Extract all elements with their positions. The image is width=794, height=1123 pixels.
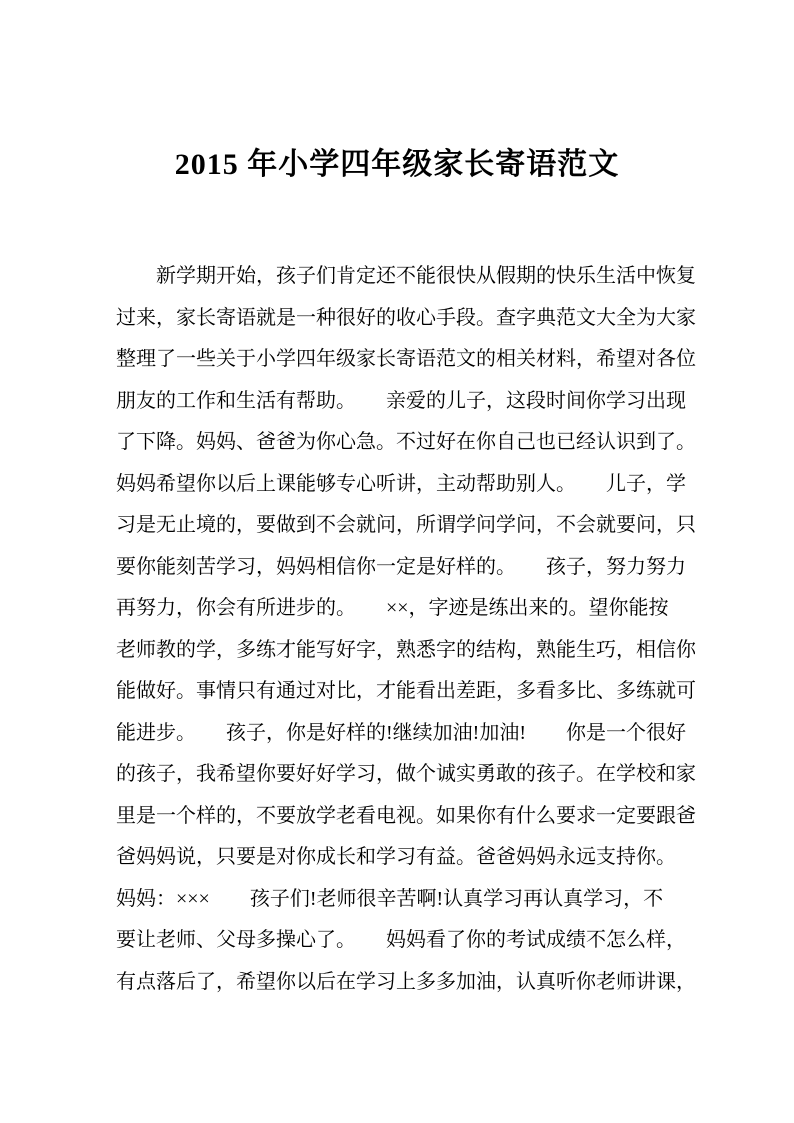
text-line: 妈妈：××× 孩子们!老师很辛苦啊!认真学习再认真学习，不 — [116, 879, 700, 921]
text-line: 整理了一些关于小学四年级家长寄语范文的相关材料，希望对各位 — [116, 339, 700, 381]
text-line: 了下降。妈妈、爸爸为你心急。不过好在你自己也已经认识到了。 — [116, 422, 700, 464]
text-line: 再努力，你会有所进步的。 ××，字迹是练出来的。望你能按 — [116, 588, 700, 630]
text-line: 能进步。 孩子，你是好样的!继续加油!加油! 你是一个很好 — [116, 713, 700, 755]
text-line: 里是一个样的，不要放学老看电视。如果你有什么要求一定要跟爸 — [116, 796, 700, 838]
text-line: 的孩子，我希望你要好好学习，做个诚实勇敢的孩子。在学校和家 — [116, 754, 700, 796]
text-line: 新学期开始，孩子们肯定还不能很快从假期的快乐生活中恢复 — [116, 256, 700, 298]
text-line: 有点落后了，希望你以后在学习上多多加油，认真听你老师讲课， — [116, 962, 700, 1004]
text-line: 朋友的工作和生活有帮助。 亲爱的儿子，这段时间你学习出现 — [116, 381, 700, 423]
text-line: 过来，家长寄语就是一种很好的收心手段。查字典范文大全为大家 — [116, 298, 700, 340]
text-line: 妈妈希望你以后上课能够专心听讲，主动帮助别人。 儿子，学 — [116, 464, 700, 506]
text-line: 习是无止境的，要做到不会就问，所谓学问学问，不会就要问，只 — [116, 505, 700, 547]
text-line: 要让老师、父母多操心了。 妈妈看了你的考试成绩不怎么样， — [116, 920, 700, 962]
text-line: 能做好。事情只有通过对比，才能看出差距，多看多比、多练就可 — [116, 671, 700, 713]
document-body: 新学期开始，孩子们肯定还不能很快从假期的快乐生活中恢复过来，家长寄语就是一种很好… — [116, 256, 700, 1003]
text-line: 老师教的学，多练才能写好字，熟悉字的结构，熟能生巧，相信你 — [116, 630, 700, 672]
text-line: 要你能刻苦学习，妈妈相信你一定是好样的。 孩子，努力努力 — [116, 547, 700, 589]
document-page: 2015 年小学四年级家长寄语范文 新学期开始，孩子们肯定还不能很快从假期的快乐… — [0, 0, 794, 1123]
document-title: 2015 年小学四年级家长寄语范文 — [0, 143, 794, 187]
text-line: 爸妈妈说，只要是对你成长和学习有益。爸爸妈妈永远支持你。 — [116, 837, 700, 879]
